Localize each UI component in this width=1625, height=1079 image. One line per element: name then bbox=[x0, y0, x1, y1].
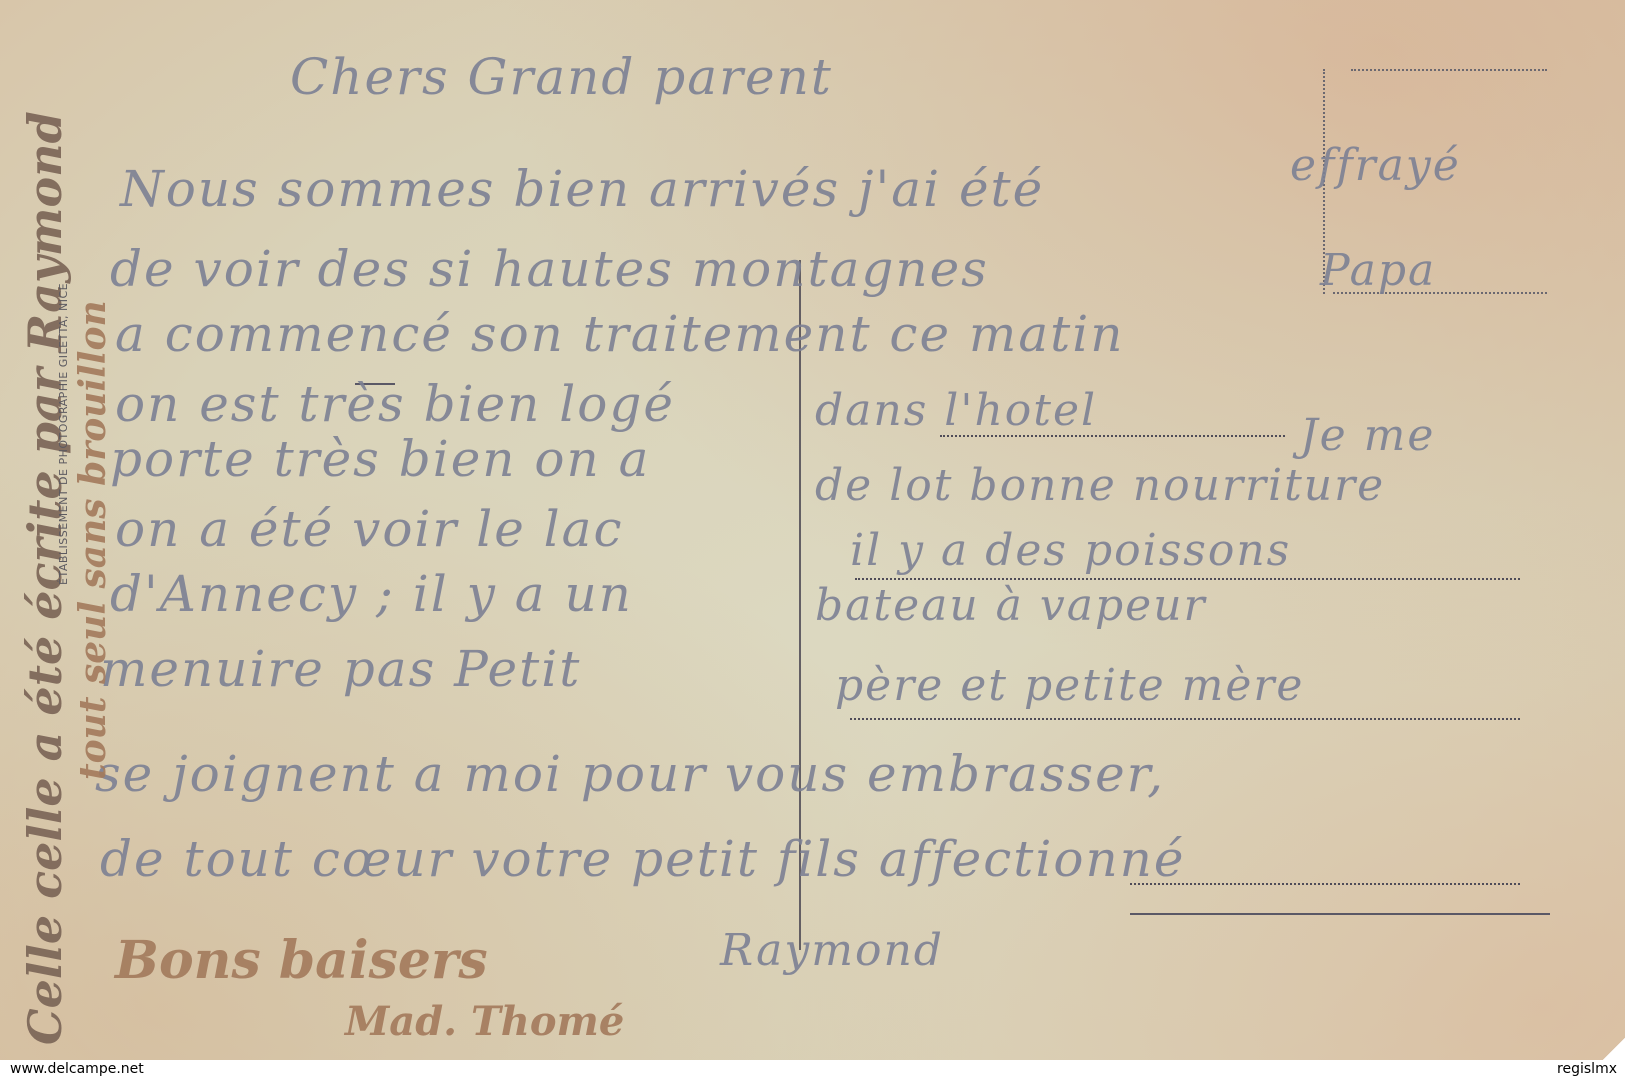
message-line-5: porte très bien on a bbox=[110, 430, 650, 488]
message-line-1: Nous sommes bien arrivés j'ai été bbox=[120, 160, 1044, 218]
address-text-6: père et petite mère bbox=[835, 660, 1304, 711]
address-line-3 bbox=[850, 718, 1520, 720]
message-line-3: a commencé son traitement ce matin bbox=[115, 305, 1124, 363]
address-text-3: de lot bonne nourriture bbox=[815, 460, 1385, 511]
right-word-effraye: effrayé bbox=[1290, 140, 1461, 191]
salutation: Chers Grand parent bbox=[290, 48, 833, 106]
message-line-7: d'Annecy ; il y a un bbox=[110, 565, 633, 623]
message-line-8: menuire pas Petit bbox=[100, 640, 581, 698]
watermark-delcampe: www.delcampe.net bbox=[10, 1060, 144, 1079]
message-line-4: on est très bien logé bbox=[115, 375, 675, 433]
message-line-6: on a été voir le lac bbox=[115, 500, 623, 558]
address-text-1: dans l'hotel bbox=[815, 385, 1097, 436]
signature: Raymond bbox=[720, 925, 944, 976]
address-text-4: il y a des poissons bbox=[850, 525, 1291, 576]
footer-note-signature: Mad. Thomé bbox=[345, 998, 624, 1045]
margin-note-vertical-2: tout seul sans brouillon bbox=[72, 300, 114, 780]
address-line-4 bbox=[1130, 883, 1520, 885]
footer-note-bons-baisers: Bons baisers bbox=[115, 930, 488, 991]
address-text-5: bateau à vapeur bbox=[815, 580, 1207, 631]
pencil-underline bbox=[1130, 913, 1550, 915]
message-line-10: de tout cœur votre petit fils affectionn… bbox=[100, 830, 1185, 888]
right-word-papa: Papa bbox=[1320, 245, 1436, 296]
message-line-2: de voir des si hautes montagnes bbox=[110, 240, 989, 298]
stamp-box-top-edge bbox=[1351, 69, 1547, 71]
margin-note-text-2: tout seul sans brouillon bbox=[72, 300, 114, 780]
address-text-2: Je me bbox=[1300, 410, 1435, 461]
watermark-seller: regislmx bbox=[1557, 1060, 1617, 1079]
postcard-back: Chers Grand parent Nous sommes bien arri… bbox=[0, 0, 1625, 1060]
printed-publisher-caption: ÉTABLISSEMENT DE PHOTOGRAPHIE GILETTA, N… bbox=[57, 283, 70, 585]
message-line-9: se joignent a moi pour vous embrasser, bbox=[95, 745, 1165, 803]
